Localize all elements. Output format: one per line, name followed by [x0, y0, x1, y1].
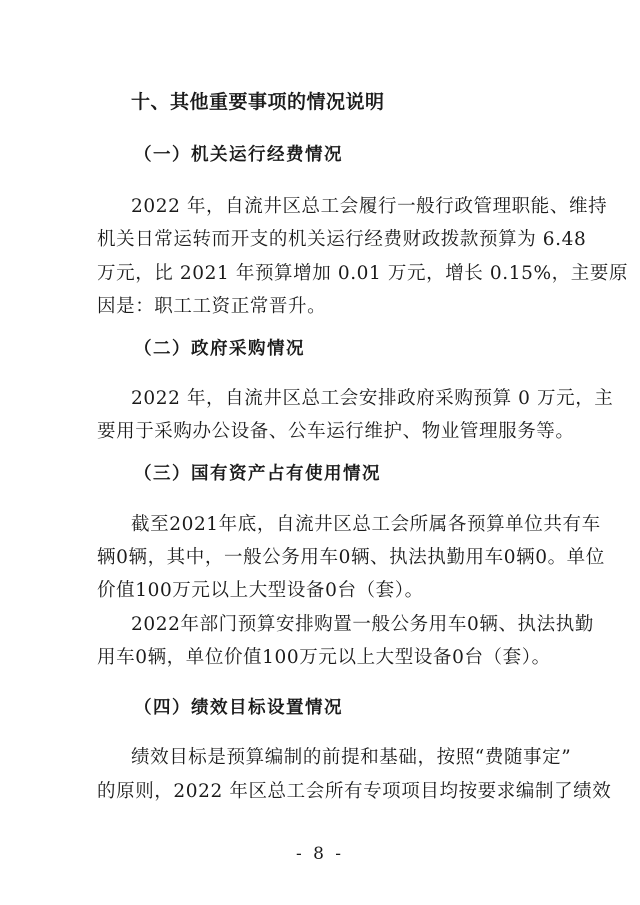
section-heading: 十、其他重要事项的情况说明: [131, 90, 581, 114]
paragraph-line: 截至2021年底，自流井区总工会所属各预算单位共有车: [131, 513, 545, 537]
paragraph-line: 要用于采购办公设备、公车运行维护、物业管理服务等。: [97, 420, 547, 444]
paragraph-line: 2022 年，自流井区总工会履行一般行政管理职能、维持: [131, 195, 547, 219]
subsection-title-state-assets: （三）国有资产占有使用情况: [134, 462, 584, 486]
paragraph-line: 价值100万元以上大型设备0台（套）。: [97, 579, 547, 603]
paragraph-line: 机关日常运转而开支的机关运行经费财政拨款预算为 6.48: [97, 228, 547, 252]
document-page: 十、其他重要事项的情况说明 （一）机关运行经费情况 2022 年，自流井区总工会…: [0, 0, 640, 905]
paragraph-line: 的原则，2022 年区总工会所有专项项目均按要求编制了绩效: [97, 780, 547, 804]
subsection-title-performance-goals: （四）绩效目标设置情况: [134, 696, 584, 720]
paragraph-line: 用车0辆，单位价值100万元以上大型设备0台（套）。: [97, 646, 547, 670]
paragraph-line: 2022 年，自流井区总工会安排政府采购预算 0 万元，主: [131, 387, 547, 411]
paragraph-line: 绩效目标是预算编制的前提和基础，按照“费随事定”: [131, 746, 544, 770]
subsection-title-operating-expenses: （一）机关运行经费情况: [134, 143, 584, 167]
paragraph-line: 万元，比 2021 年预算增加 0.01 万元，增长 0.15%，主要原: [97, 262, 547, 286]
paragraph-line: 辆0辆，其中，一般公务用车0辆、执法执勤用车0辆0。单位: [97, 546, 547, 570]
paragraph-line: 2022年部门预算安排购置一般公务用车0辆、执法执勤: [131, 613, 544, 637]
paragraph-line: 因是：职工工资正常晋升。: [97, 295, 547, 319]
subsection-title-procurement: （二）政府采购情况: [134, 337, 584, 361]
page-number: - 8 -: [0, 843, 640, 865]
